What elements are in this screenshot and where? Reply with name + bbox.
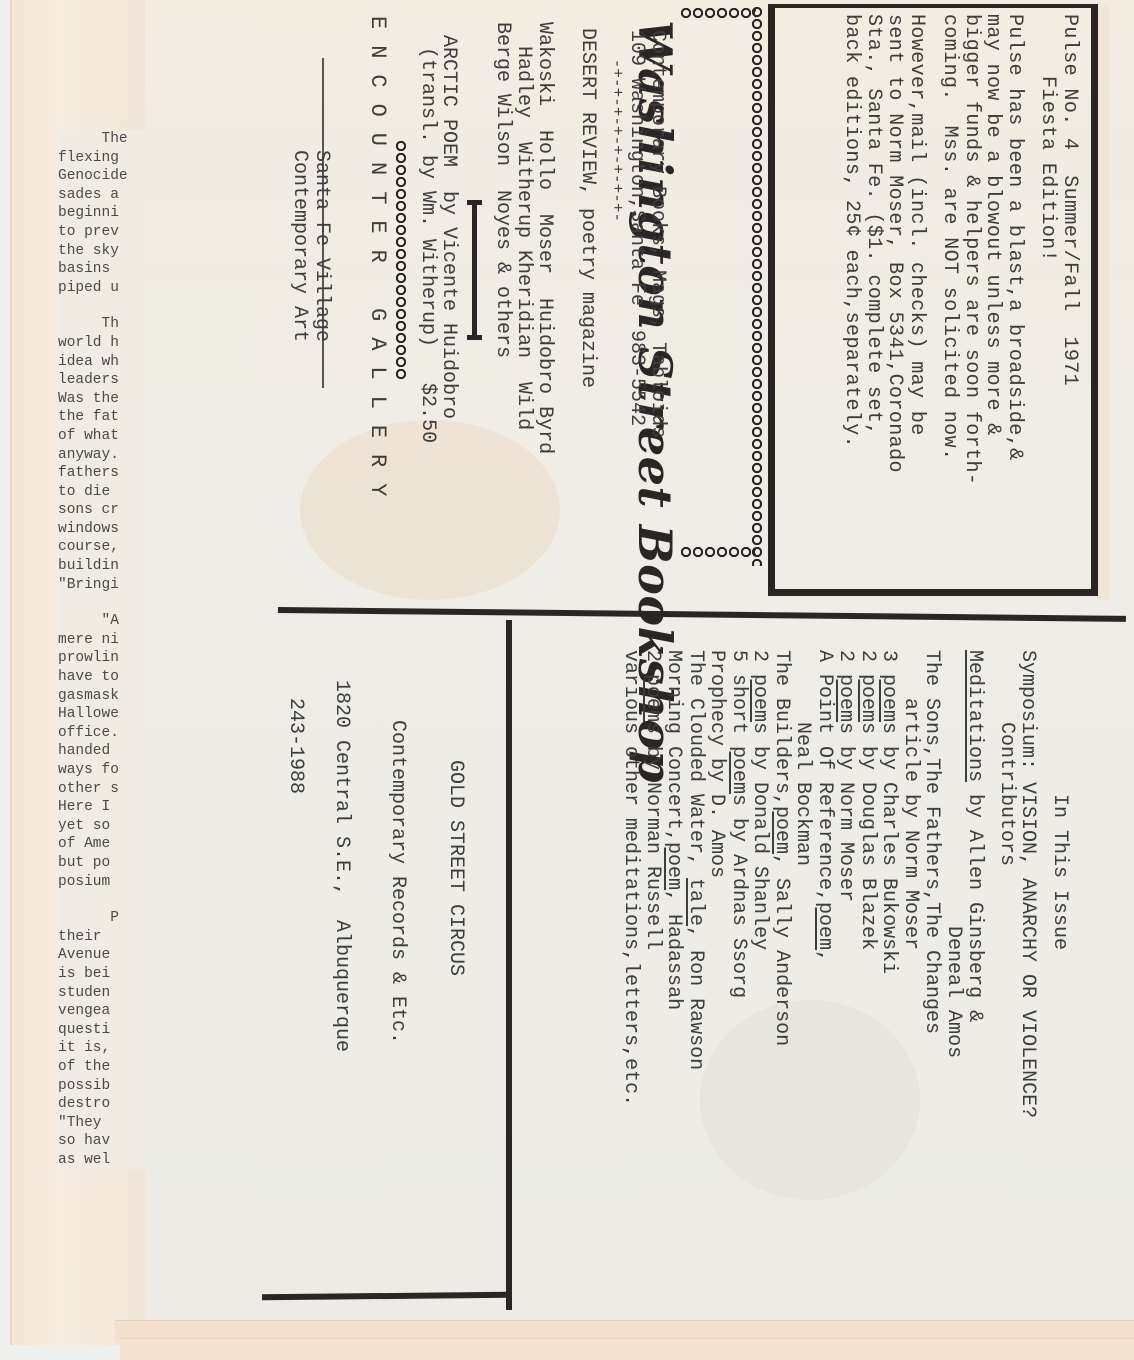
back-page-line: windows [58,520,158,539]
meditations-line: Meditations by Allen Ginsberg & [964,650,986,1118]
author-line: Hadley Witherup Kheridian Wild [513,22,534,454]
arctic-line: ARCTIC POEM by Vicente Huidobro [438,35,459,443]
back-page-line: destro [58,1095,158,1114]
issue-item: 2 poems by Norm Moser [835,650,857,1118]
bookshop-line-1: Contemporary Books, Mags, Tabloids [647,30,668,438]
back-page-line: anyway. [58,446,158,465]
page-edge [120,1338,1134,1360]
back-page-line: possib [58,1077,158,1096]
author-line: Berge Wilson Noyes & others [492,22,513,454]
back-page-line: of what [58,427,158,446]
back-page-line: The [58,130,158,149]
scalloped-border-icon [680,6,756,20]
symposium-line: Symposium: VISION, ANARCHY OR VIOLENCE? [1017,650,1039,1118]
back-page-line: course, [58,538,158,557]
authors-list: Wakoski Hollo Moser Huidobro Byrd Hadley… [492,22,555,454]
gold-street-line-2: 1820 Central S.E., Albuquerque [330,680,352,1052]
issue-item: A Point Of Reference,poem, [814,650,836,1118]
gallery-details: Santa Fe VillageContemporary Art [288,150,332,342]
back-page-line: ways fo [58,761,158,780]
back-page-text: TheflexingGenocidesades abeginnito prevt… [58,130,158,1169]
vertical-divider [506,620,512,1310]
back-page-line: sades a [58,186,158,205]
issue-item: The Builders,poem, Sally Anderson [771,650,793,1118]
issue-item: 5 short poems by Ardnas Ssorg [728,650,750,1118]
back-page-line: Hallowe [58,705,158,724]
back-page-line: "Bringi [58,576,158,595]
pulse-line: may now be a blowout unless more & [982,14,1004,485]
pulse-notice-text: Pulse No. 4 Summer/Fall 1971 Fiesta Edit… [841,14,1080,485]
back-page-line: to die [58,483,158,502]
scalloped-border-icon [394,140,408,380]
issue-item: 2 poems by Norman Russell [642,650,664,1118]
meditations-line-2: Deneal Amos [943,650,965,1118]
back-page-line: so hav [58,1132,158,1151]
back-page-line: "A [58,612,158,631]
back-page-line: posium [58,873,158,892]
back-page-line: leaders [58,371,158,390]
back-page-line: have to [58,668,158,687]
gallery-line-1: Santa Fe Village [310,150,332,342]
scalloped-border-icon [750,6,764,566]
scalloped-border-icon [680,545,756,559]
back-page-line: studen [58,984,158,1003]
pulse-line: bigger funds & helpers are soon forth- [961,14,983,485]
arctic-line: (transl. by Wm. Witherup) $2.50 [417,35,438,443]
back-page-line: their [58,928,158,947]
bookshop-line-2: 109 Washington,Santa Fe 983-5542 [626,30,647,438]
contributors-line: Contributors [996,650,1018,1118]
back-page-line: of Ame [58,835,158,854]
issue-item: 3 poems by Charles Bukowski [878,650,900,1118]
back-page-line: idea wh [58,353,158,372]
back-page-line: world h [58,334,158,353]
back-page-line: sons cr [58,501,158,520]
back-page-line: handed [58,742,158,761]
gold-street-phone: 243-1988 [284,698,306,794]
back-page-line: yet so [58,817,158,836]
issue-item: 2 poems by Donald Shanley [749,650,771,1118]
pulse-line: sent to Norm Moser, Box 5341,Coronado [884,14,906,485]
back-page-line: is bei [58,965,158,984]
arctic-poem-ad: ARCTIC POEM by Vicente Huidobro (transl.… [417,35,459,443]
back-page-line: "They [58,1114,158,1133]
back-page-line: piped u [58,279,158,298]
gallery-line-2: Contemporary Art [288,150,310,342]
back-page-line: Was the [58,390,158,409]
pulse-line: Pulse has been a blast,a broadside,& [1004,14,1026,485]
issue-item: The Clouded Water, tale, Ron Rawson [685,650,707,1118]
issue-title: In This Issue [1049,650,1071,1118]
pulse-paragraph-1: Pulse has been a blast,a broadside,&may … [939,14,1025,485]
bookshop-details: Contemporary Books, Mags, Tabloids109 Wa… [608,30,668,438]
issue-items: The Sons,The Fathers,The Changes article… [620,650,943,1118]
back-page-line: office. [58,724,158,743]
back-page-line: but po [58,854,158,873]
bookshop-separator: -+-+-+-+-+-+-+-+- [608,30,626,438]
back-page-line: the sky [58,242,158,261]
back-page-line: buildin [58,557,158,576]
pulse-paragraph-2: However,mail (incl. checks) may besent t… [841,14,927,485]
back-page-line: P [58,909,158,928]
back-page-line: Genocide [58,167,158,186]
back-page-line: basins [58,260,158,279]
in-this-issue: In This IssueSymposium: VISION, ANARCHY … [620,650,1070,1118]
desert-review: DESERT REVIEW, poetry magazine [577,28,598,388]
back-page-line: Th [58,315,158,334]
back-page-line: fathers [58,464,158,483]
issue-item: The Sons,The Fathers,The Changes [921,650,943,1118]
pulse-header-line1: Pulse No. 4 Summer/Fall 1971 [1059,14,1081,485]
back-page-line: questi [58,1021,158,1040]
back-page-line: flexing [58,149,158,168]
back-page-line: of the [58,1058,158,1077]
divider-bar [472,200,477,340]
back-page-line: to prev [58,223,158,242]
back-page-line: it is, [58,1039,158,1058]
issue-item: article by Norm Moser [900,650,922,1118]
pulse-header-line2: Fiesta Edition! [1037,14,1059,485]
back-page-line: beginni [58,204,158,223]
issue-item: various other meditations,letters,etc. [620,650,642,1118]
author-line: Wakoski Hollo Moser Huidobro Byrd [534,22,555,454]
back-page-line: Avenue [58,946,158,965]
back-page-line: as wel [58,1151,158,1170]
back-page-line: Here I [58,798,158,817]
back-page-line: other s [58,780,158,799]
pulse-line: coming. Mss. are NOT solicited now. [939,14,961,485]
pulse-line: However,mail (incl. checks) may be [906,14,928,485]
back-page-line: gasmask [58,687,158,706]
back-page-line: prowlin [58,649,158,668]
issue-item: 2 poems by Douglas Blazek [857,650,879,1118]
back-page-line: the fat [58,408,158,427]
issue-item: Neal Bockman [792,650,814,1118]
issue-item: Prophecy by D. Amos [706,650,728,1118]
gold-street-line-1: Contemporary Records & Etc. [386,720,408,1044]
back-page-line: vengea [58,1002,158,1021]
gold-street-name: GOLD STREET CIRCUS [444,760,466,976]
pulse-line: Sta., Santa Fe. ($1. complete set, [863,14,885,485]
gallery-name: ENCOUNTER GALLERY [366,16,388,512]
back-page-line: mere ni [58,631,158,650]
pulse-line: back editions, 25¢ each,separately. [841,14,863,485]
issue-item: Morning Concert,poem, Hadassah [663,650,685,1118]
